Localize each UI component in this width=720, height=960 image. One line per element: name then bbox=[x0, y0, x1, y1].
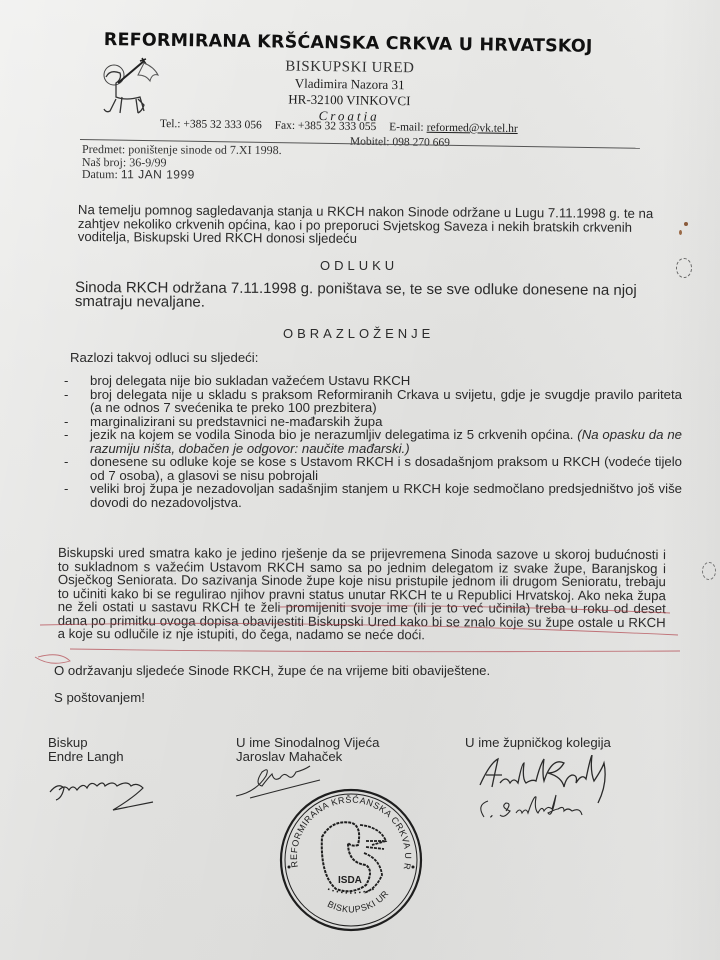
signatory-title: Biskup bbox=[48, 736, 124, 750]
regards: S poštovanjem! bbox=[54, 690, 145, 705]
paper-stain bbox=[684, 222, 688, 226]
reasons-list: broj delegata nije bio sukladan važećem … bbox=[62, 374, 682, 509]
official-seal: REFORMIRANA KRŠĆANSKA CRKVA U R. HRVATSK… bbox=[276, 785, 426, 935]
reason-item: donesene su odluke koje se kose s Ustavo… bbox=[62, 455, 682, 482]
signatory-title: U ime župničkog kolegija bbox=[465, 736, 611, 750]
handwritten-signature-college bbox=[470, 755, 670, 830]
intro-paragraph: Na temelju pomnog sagledavanja stanja u … bbox=[78, 203, 678, 248]
email-label: E-mail: bbox=[389, 121, 424, 133]
date-label: Datum: bbox=[82, 167, 118, 181]
handwritten-signature-langh bbox=[45, 770, 185, 820]
date-stamp: 11 JAN 1999 bbox=[121, 167, 195, 181]
reason-item: broj delegata nije u skladu s praksom Re… bbox=[62, 388, 682, 415]
svg-text:REFORMIRANA KRŠĆANSKA CRKVA U: REFORMIRANA KRŠĆANSKA CRKVA U R. HRVATSK… bbox=[276, 785, 413, 871]
reason-item: broj delegata nije bio sukladan važećem … bbox=[62, 374, 682, 388]
paper-stain bbox=[679, 230, 682, 235]
signatory-title: U ime Sinodalnog Vijeća bbox=[236, 736, 379, 750]
email-link[interactable]: reformed@vk.tel.hr bbox=[427, 122, 518, 135]
decision-heading: ODLUKU bbox=[320, 258, 398, 273]
seal-ring-text: REFORMIRANA KRŠĆANSKA CRKVA U R. HRVATSK… bbox=[276, 785, 413, 871]
reasoning-heading: OBRAZLOŽENJE bbox=[283, 326, 434, 341]
fax: Fax: +385 32 333 055 bbox=[275, 120, 377, 133]
document-meta: Predmet: poništenje sinode od 7.XI 1998.… bbox=[82, 143, 282, 182]
signature-block-bishop: Biskup Endre Langh bbox=[48, 736, 124, 763]
punch-hole-mark bbox=[702, 562, 716, 580]
lamb-with-banner-icon bbox=[92, 55, 172, 125]
reason-item: veliki broj župa je nezadovoljan sadašnj… bbox=[62, 482, 682, 509]
seal-center-text: ISDA bbox=[338, 875, 362, 886]
signature-block-college: U ime župničkog kolegija bbox=[465, 736, 611, 750]
decision-text: Sinoda RKCH održana 7.11.1998 g. poništa… bbox=[75, 281, 675, 312]
reason-item: jezik na kojem se vodila Sinoda bio je n… bbox=[62, 428, 682, 455]
telephone: Tel.: +385 32 333 056 bbox=[160, 118, 262, 131]
signature-block-synod: U ime Sinodalnog Vijeća Jaroslav Mahaček bbox=[236, 736, 379, 763]
reasons-intro: Razlozi takvoj odluci su sljedeći: bbox=[70, 350, 258, 365]
punch-hole-mark bbox=[676, 258, 692, 278]
closing-sentence: O održavanju sljedeće Sinode RKCH, župe … bbox=[54, 663, 490, 678]
reason-item: marginalizirani su predstavnici ne-mađar… bbox=[62, 415, 682, 429]
office-address: BISKUPSKI URED Vladimira Nazora 31 HR-32… bbox=[249, 58, 450, 126]
date-line: Datum: 11 JAN 1999 bbox=[82, 168, 282, 182]
signatory-name: Endre Langh bbox=[48, 750, 124, 764]
